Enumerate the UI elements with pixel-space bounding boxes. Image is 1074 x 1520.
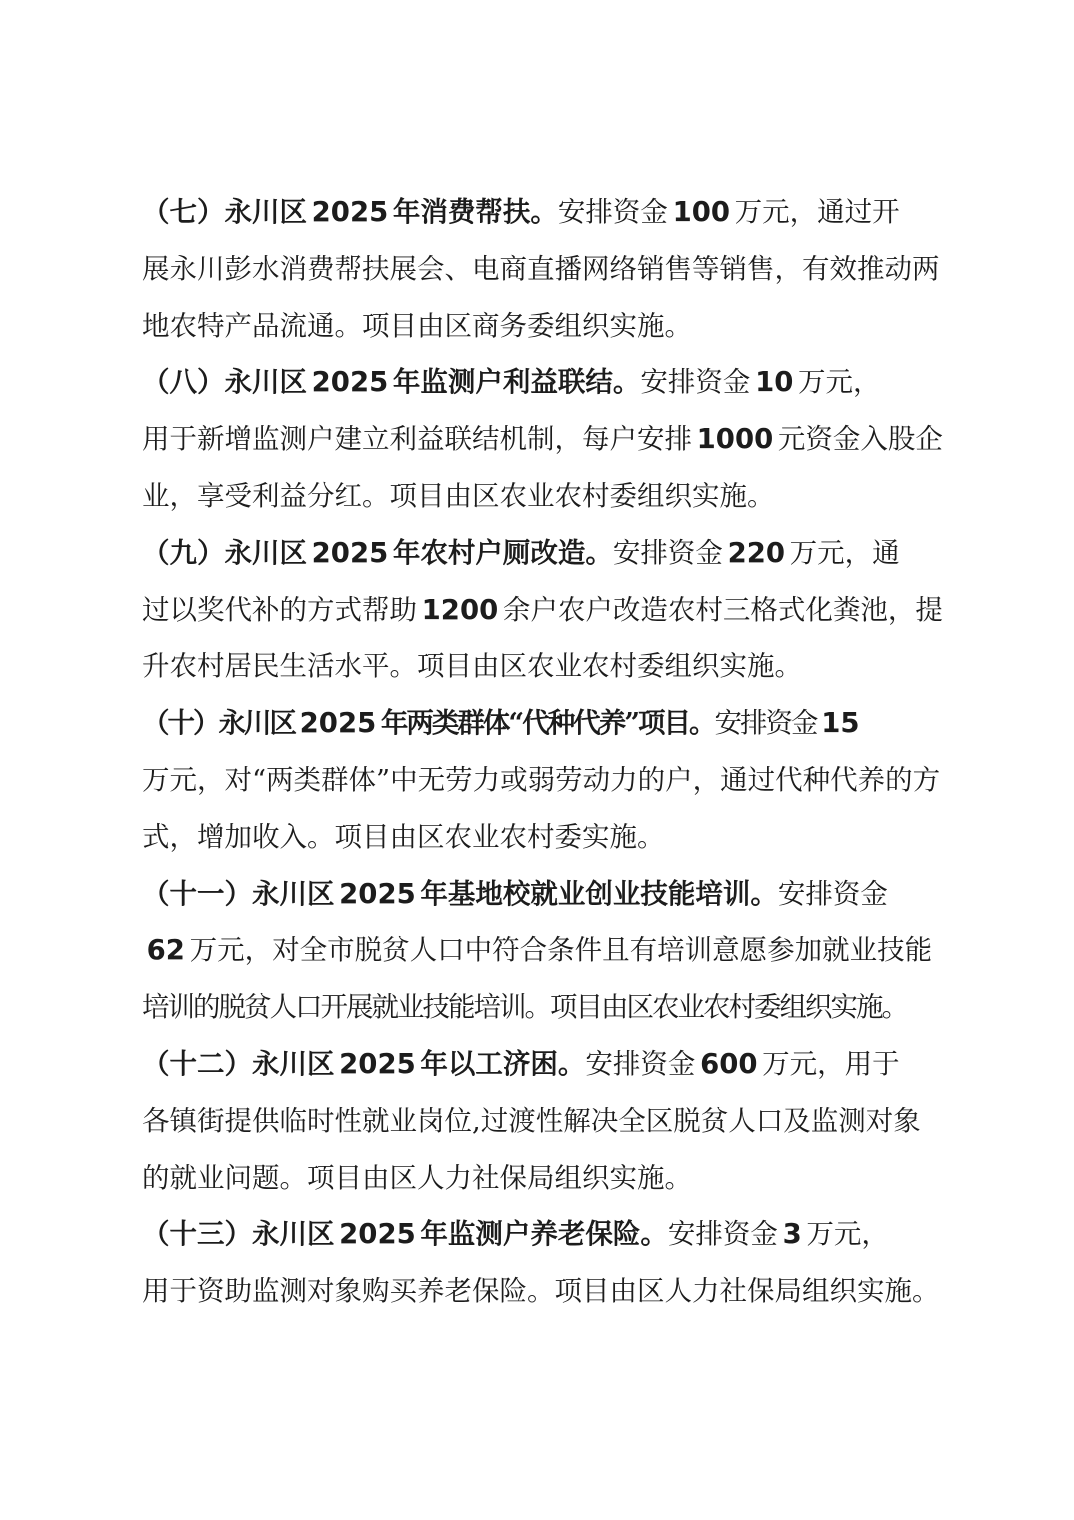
paragraph-line: 式，增加收入。项目由区农业农村委实施。 [142, 821, 665, 853]
numeral: 3 [783, 1218, 802, 1250]
line-text: 安排资金 [778, 878, 888, 910]
paragraph-line: （十三）永川区2025年监测户养老保险。安排资金3万元， [142, 1218, 889, 1250]
paragraph-line: 升农村居民生活水平。项目由区农业农村委组织实施。 [142, 650, 802, 682]
line-text: 62万元，对全市脱贫人口中符合条件且有培训意愿参加就业技能 [142, 934, 932, 966]
item-heading: （八）永川区2025年监测户利益联结。 [142, 366, 640, 398]
line-text: 安排资金3万元， [668, 1218, 889, 1250]
document-paragraph: （十一）永川区2025年基地校就业创业技能培训。安排资金 62万元，对全市脱贫人… [142, 866, 942, 1036]
item-heading: （七）永川区2025年消费帮扶。 [142, 196, 558, 228]
paragraph-line: （十一）永川区2025年基地校就业创业技能培训。安排资金 [142, 878, 888, 910]
line-text: 培训的脱贫人口开展就业技能培训。项目由区农业农村委组织实施。 [142, 991, 907, 1023]
document-body: （七）永川区2025年消费帮扶。安排资金100万元，通过开 展永川彭水消费帮扶展… [142, 184, 942, 1320]
item-heading: （十）永川区2025年两类群体“代种代养”项目。 [142, 707, 715, 739]
paragraph-line: 的就业问题。项目由区人力社保局组织实施。 [142, 1162, 692, 1194]
line-text: 各镇街提供临时性就业岗位,过渡性解决全区脱贫人口及监测对象 [142, 1105, 921, 1137]
paragraph-line: （十二）永川区2025年以工济困。安排资金600万元，用于 [142, 1048, 900, 1080]
line-text: 安排资金600万元，用于 [585, 1048, 899, 1080]
document-paragraph: （十二）永川区2025年以工济困。安排资金600万元，用于 各镇街提供临时性就业… [142, 1036, 942, 1206]
paragraph-line: 展永川彭水消费帮扶展会、电商直播网络销售等销售，有效推动两 [142, 253, 940, 285]
line-text: 用于新增监测户建立利益联结机制，每户安排1000元资金入股企 [142, 423, 943, 455]
item-heading: （九）永川区2025年农村户厕改造。 [142, 537, 613, 569]
paragraph-line: 用于新增监测户建立利益联结机制，每户安排1000元资金入股企 [142, 423, 943, 455]
document-paragraph: （七）永川区2025年消费帮扶。安排资金100万元，通过开 展永川彭水消费帮扶展… [142, 184, 942, 354]
paragraph-line: 万元，对“两类群体”中无劳力或弱劳动力的户，通过代种代养的方 [142, 764, 940, 796]
paragraph-line: （八）永川区2025年监测户利益联结。安排资金10万元， [142, 366, 881, 398]
line-text: 的就业问题。项目由区人力社保局组织实施。 [142, 1162, 692, 1194]
line-text: 用于资助监测对象购买养老保险。项目由区人力社保局组织实施。 [142, 1275, 940, 1307]
numeral: 2025 [312, 537, 389, 569]
paragraph-line: 业，享受利益分红。项目由区农业农村委组织实施。 [142, 480, 775, 512]
numeral: 1200 [422, 594, 499, 626]
paragraph-line: （十）永川区2025年两类群体“代种代养”项目。安排资金15 [142, 707, 864, 739]
document-paragraph: （十）永川区2025年两类群体“代种代养”项目。安排资金15 万元，对“两类群体… [142, 695, 942, 865]
numeral: 1000 [697, 423, 774, 455]
line-text: 式，增加收入。项目由区农业农村委实施。 [142, 821, 665, 853]
numeral: 2025 [339, 1218, 416, 1250]
document-paragraph: （八）永川区2025年监测户利益联结。安排资金10万元， 用于新增监测户建立利益… [142, 354, 942, 524]
line-text: 升农村居民生活水平。项目由区农业农村委组织实施。 [142, 650, 802, 682]
document-page: （七）永川区2025年消费帮扶。安排资金100万元，通过开 展永川彭水消费帮扶展… [0, 0, 1074, 1520]
paragraph-line: 培训的脱贫人口开展就业技能培训。项目由区农业农村委组织实施。 [142, 991, 907, 1023]
line-text: 万元，对“两类群体”中无劳力或弱劳动力的户，通过代种代养的方 [142, 764, 940, 796]
numeral: 100 [673, 196, 730, 228]
line-text: 安排资金220万元，通 [613, 537, 900, 569]
line-text: 展永川彭水消费帮扶展会、电商直播网络销售等销售，有效推动两 [142, 253, 940, 285]
numeral: 600 [700, 1048, 757, 1080]
paragraph-line: 各镇街提供临时性就业岗位,过渡性解决全区脱贫人口及监测对象 [142, 1105, 921, 1137]
numeral: 62 [147, 934, 185, 966]
paragraph-line: （七）永川区2025年消费帮扶。安排资金100万元，通过开 [142, 196, 900, 228]
line-text: 业，享受利益分红。项目由区农业农村委组织实施。 [142, 480, 775, 512]
item-heading: （十一）永川区2025年基地校就业创业技能培训。 [142, 878, 778, 910]
line-text: 过以奖代补的方式帮助1200余户农户改造农村三格式化粪池，提 [142, 594, 943, 626]
numeral: 220 [728, 537, 785, 569]
paragraph-line: 62万元，对全市脱贫人口中符合条件且有培训意愿参加就业技能 [142, 934, 932, 966]
document-paragraph: （九）永川区2025年农村户厕改造。安排资金220万元，通 过以奖代补的方式帮助… [142, 525, 942, 695]
numeral: 2025 [339, 878, 416, 910]
line-text: 安排资金15 [715, 707, 865, 739]
numeral: 15 [821, 707, 859, 739]
paragraph-line: （九）永川区2025年农村户厕改造。安排资金220万元，通 [142, 537, 900, 569]
document-paragraph: （十三）永川区2025年监测户养老保险。安排资金3万元， 用于资助监测对象购买养… [142, 1206, 942, 1320]
numeral: 2025 [312, 366, 389, 398]
line-text: 安排资金100万元，通过开 [558, 196, 900, 228]
item-heading: （十三）永川区2025年监测户养老保险。 [142, 1218, 668, 1250]
numeral: 2025 [300, 707, 377, 739]
line-text: 地农特产品流通。项目由区商务委组织实施。 [142, 310, 692, 342]
item-heading: （十二）永川区2025年以工济困。 [142, 1048, 585, 1080]
numeral: 2025 [312, 196, 389, 228]
paragraph-line: 地农特产品流通。项目由区商务委组织实施。 [142, 310, 692, 342]
numeral: 2025 [339, 1048, 416, 1080]
paragraph-line: 用于资助监测对象购买养老保险。项目由区人力社保局组织实施。 [142, 1275, 940, 1307]
paragraph-line: 过以奖代补的方式帮助1200余户农户改造农村三格式化粪池，提 [142, 594, 943, 626]
numeral: 10 [755, 366, 793, 398]
line-text: 安排资金10万元， [640, 366, 880, 398]
